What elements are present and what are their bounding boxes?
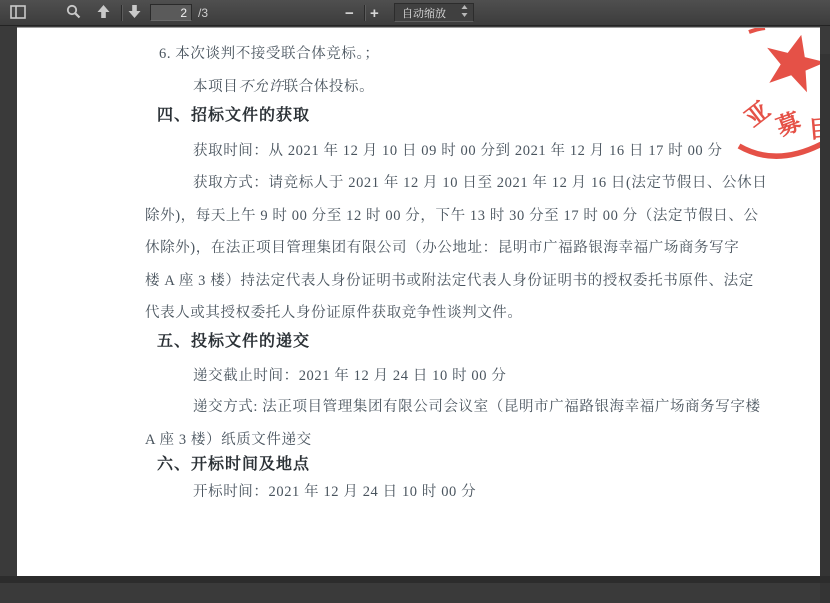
page-count-label: /3 xyxy=(198,6,208,20)
sidebar-toggle-icon xyxy=(10,5,26,22)
doc-line-open-time: 开标时间：2021 年 12 月 24 日 10 时 00 分 xyxy=(193,480,476,501)
doc-heading-section6: 六、开标时间及地点 xyxy=(157,451,310,474)
previous-page-button[interactable] xyxy=(96,0,111,26)
zoom-in-button[interactable]: + xyxy=(370,0,379,26)
arrow-down-icon xyxy=(127,4,142,22)
doc-text-italic: 不允许 xyxy=(238,79,283,95)
doc-line-no-consortium: 本项目不允许联合体投标。 xyxy=(193,75,374,96)
doc-line-submit-method-1: 递交方式: 法正项目管理集团有限公司会议室（昆明市广福路银海幸福广场商务写字楼 xyxy=(193,395,761,416)
pdf-page: 6. 本次谈判不接受联合体竞标。； 本项目不允许联合体投标。 四、招标文件的获取… xyxy=(17,27,820,576)
pdf-viewer-toolbar: /3 − + 自动缩放 xyxy=(0,0,830,26)
doc-heading-section4: 四、招标文件的获取 xyxy=(157,102,310,125)
seal-star-icon xyxy=(759,28,820,95)
select-arrows-icon xyxy=(461,5,468,20)
doc-line-acquire-method-1: 获取方式：请竞标人于 2021 年 12 月 10 日至 2021 年 12 月… xyxy=(193,171,767,192)
pdf-viewer-area: 6. 本次谈判不接受联合体竞标。； 本项目不允许联合体投标。 四、招标文件的获取… xyxy=(0,27,830,576)
page-number-input[interactable] xyxy=(150,4,192,21)
seal-ring-mark xyxy=(749,28,765,32)
doc-line-acquire-method-4: 楼 A 座 3 楼）持法定代表人身份证明书或附法定代表人身份证明书的授权委托书原… xyxy=(145,269,754,290)
doc-heading-section5: 五、投标文件的递交 xyxy=(157,328,310,351)
seal-character: 募 xyxy=(773,108,805,142)
doc-line-acquire-method-5: 代表人或其授权委托人身份证原件获取竞争性谈判文件。 xyxy=(145,301,523,322)
doc-line-submit-deadline: 递交截止时间：2021 年 12 月 24 日 10 时 00 分 xyxy=(193,364,506,385)
toolbar-separator xyxy=(121,5,122,21)
sidebar-toggle-button[interactable] xyxy=(10,0,26,26)
search-button[interactable] xyxy=(66,0,81,26)
zoom-mode-label: 自动缩放 xyxy=(402,5,446,21)
doc-line-item6: 6. 本次谈判不接受联合体竞标。； xyxy=(159,42,379,63)
viewer-bottom-gutter xyxy=(0,576,830,583)
doc-line-acquire-method-3: 休除外)，在法正项目管理集团有限公司（办公地址：昆明市广福路银海幸福广场商务写字 xyxy=(145,236,739,257)
minus-icon: − xyxy=(345,5,354,22)
next-page-button[interactable] xyxy=(127,0,142,26)
plus-icon: + xyxy=(370,5,379,22)
seal-character: 亚 xyxy=(740,97,776,133)
arrow-up-icon xyxy=(96,4,111,22)
doc-line-acquire-method-2: 除外)，每天上午 9 时 00 分至 12 时 00 分，下午 13 时 30 … xyxy=(145,204,759,225)
zoom-out-button[interactable]: − xyxy=(345,0,354,26)
doc-line-submit-method-2: A 座 3 楼）纸质文件递交 xyxy=(145,428,312,449)
toolbar-separator xyxy=(364,5,365,21)
seal-inner-circle-arc xyxy=(739,140,820,156)
official-seal-stamp: 亚 募 目 xyxy=(717,28,820,173)
zoom-mode-select[interactable]: 自动缩放 xyxy=(394,3,474,22)
doc-text: 联合体投标。 xyxy=(284,79,375,95)
doc-text: 本项目 xyxy=(193,79,238,95)
seal-character: 目 xyxy=(807,115,820,144)
viewer-right-gutter xyxy=(820,54,830,583)
doc-line-acquire-time: 获取时间：从 2021 年 12 月 10 日 09 时 00 分到 2021 … xyxy=(193,139,723,160)
search-icon xyxy=(66,4,81,22)
